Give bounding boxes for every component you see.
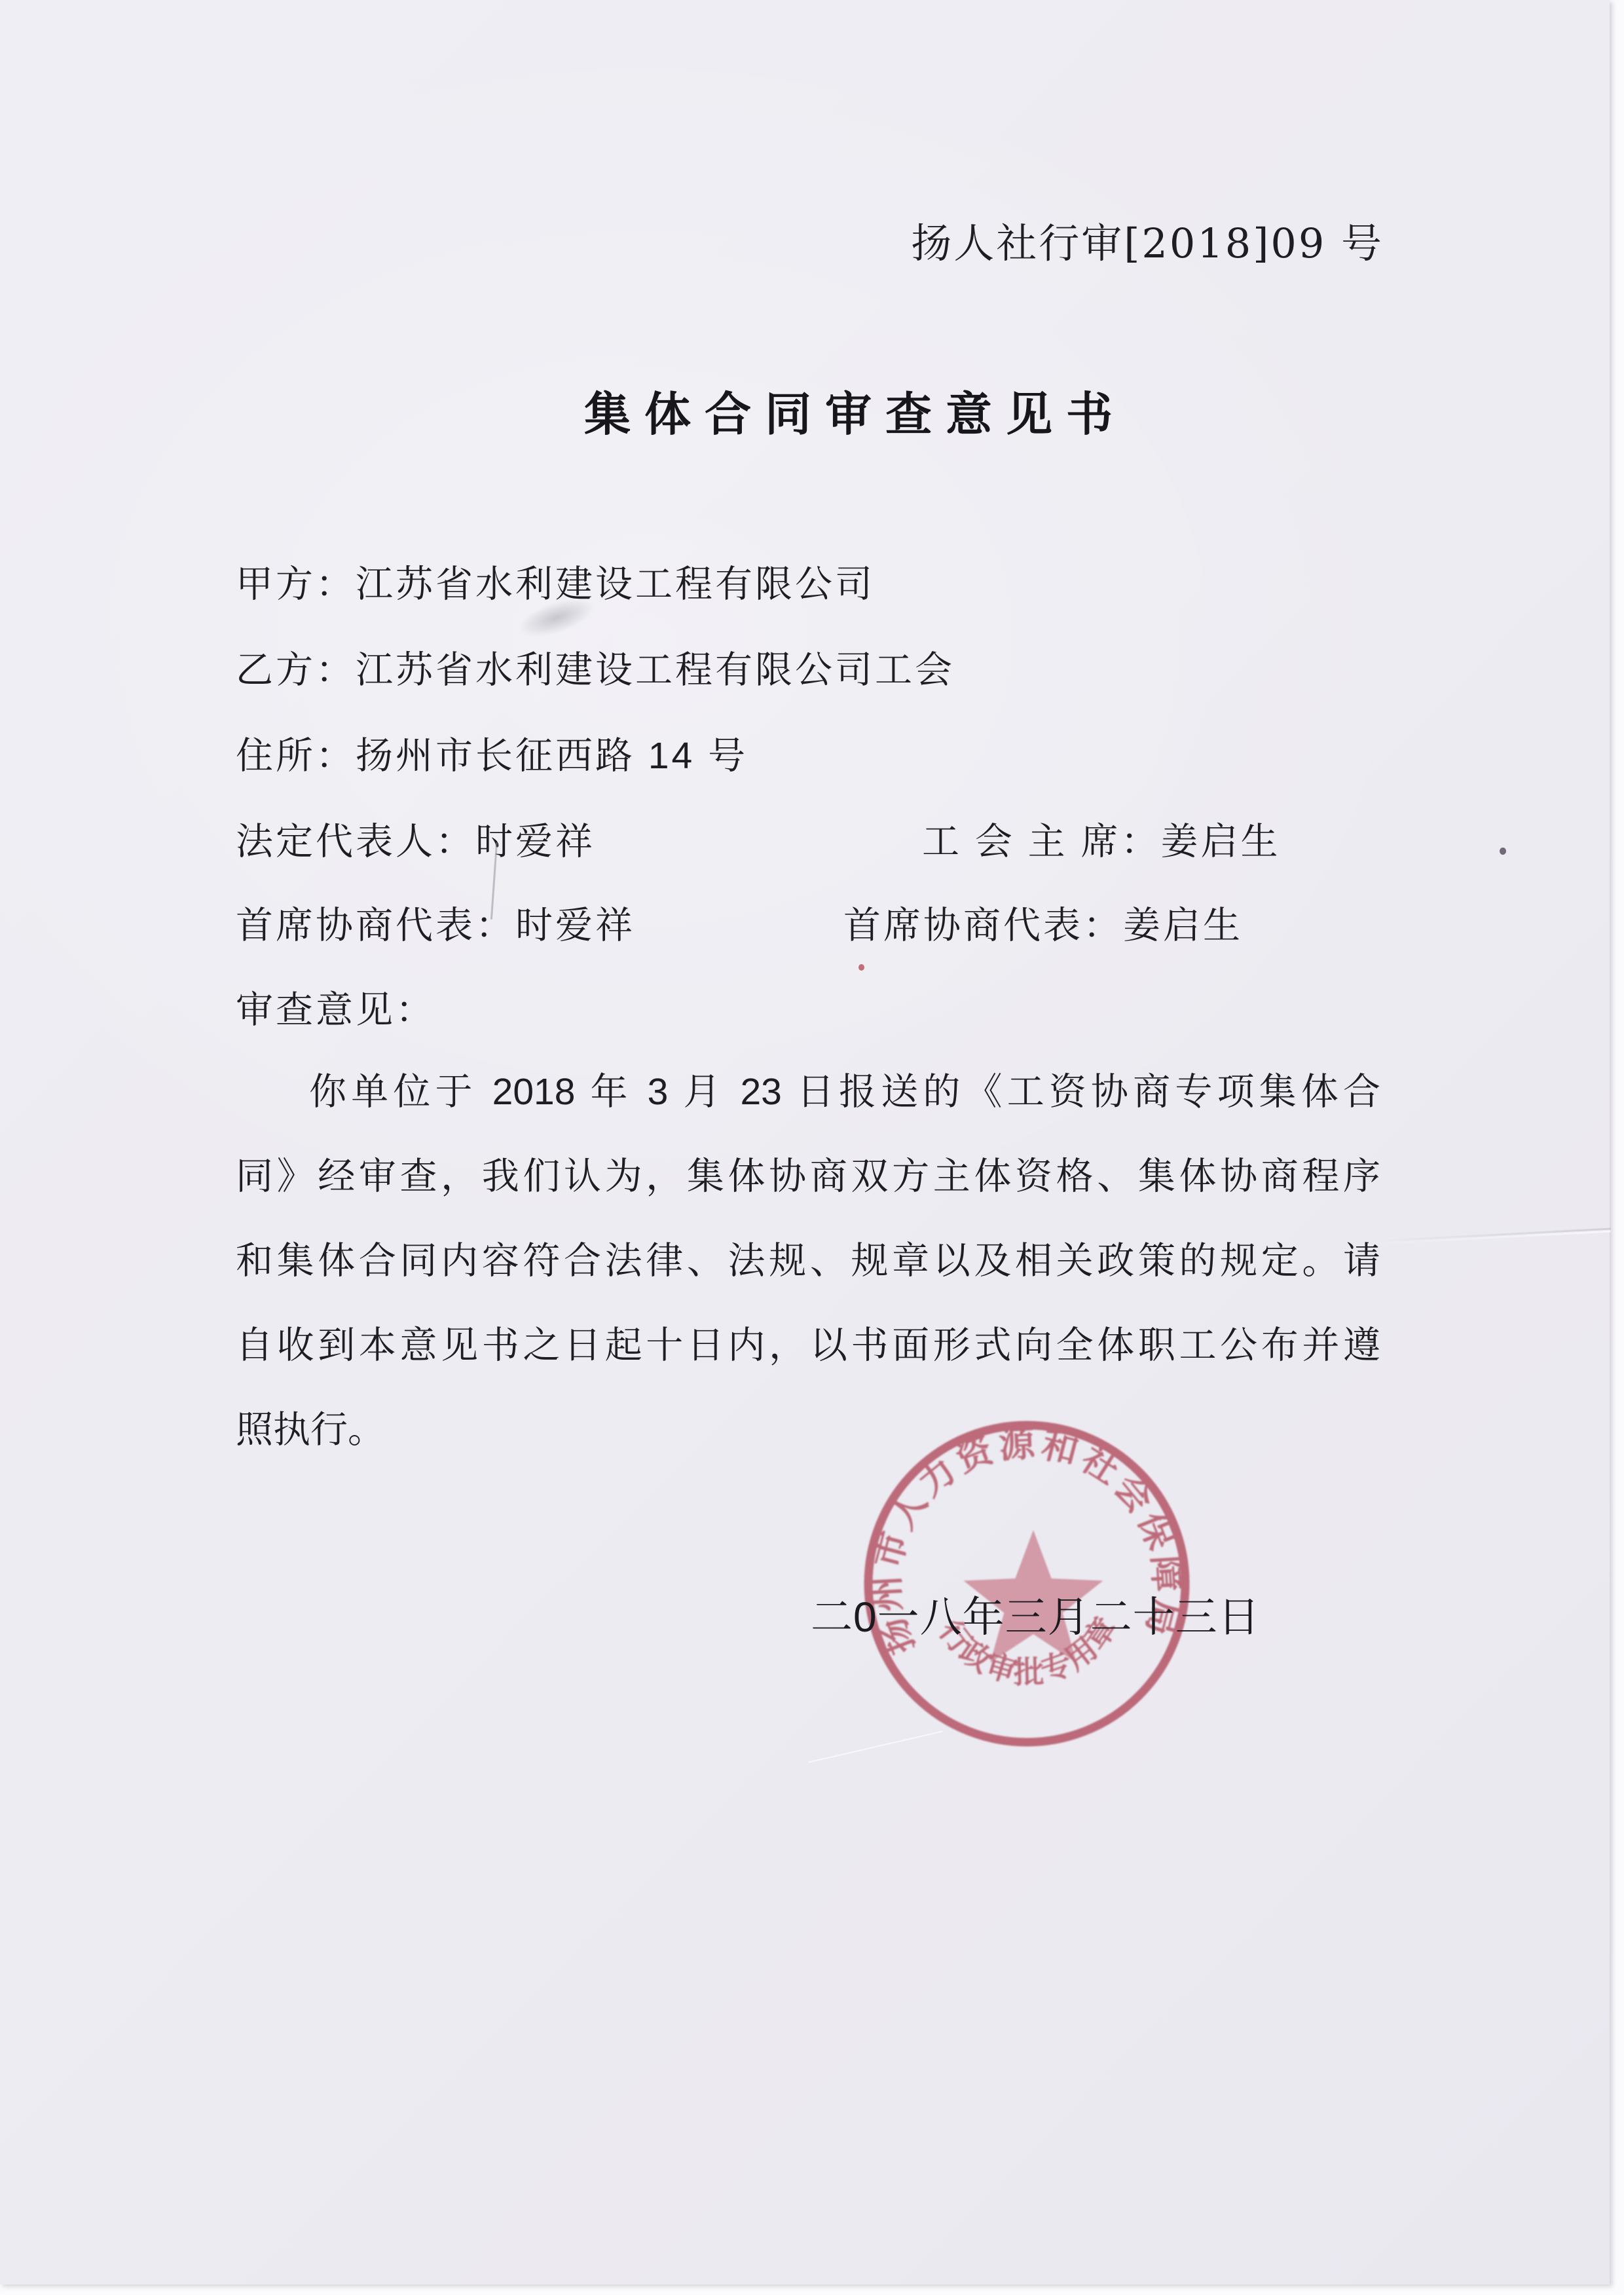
paper-crease-highlight: [1374, 1231, 1611, 1245]
paper-crease: [1374, 1228, 1611, 1242]
paragraph-line-5: 照执行。: [236, 1400, 1380, 1453]
paper-sheet: 扬人社行审[2018]09 号 集体合同审查意见书 甲方：江苏省水利建设工程有限…: [0, 0, 1610, 2285]
paragraph-line-3: 和集体合同内容符合法律、法规、规章以及相关政策的规定。请: [236, 1231, 1380, 1284]
page-title: 集体合同审查意见书: [584, 377, 1126, 444]
line-party-b: 乙方：江苏省水利建设工程有限公司工会: [236, 640, 955, 694]
scanned-page: 扬人社行审[2018]09 号 集体合同审查意见书 甲方：江苏省水利建设工程有限…: [0, 0, 1624, 2295]
paragraph-line-4: 自收到本意见书之日起十日内，以书面形式向全体职工公布并遵: [236, 1315, 1380, 1369]
line-chief-negotiator-b: 首席协商代表：姜启生: [843, 895, 1243, 949]
doc-number: 扬人社行审[2018]09 号: [911, 211, 1384, 269]
line-union-chairman: 工 会 主 席：姜启生: [922, 812, 1281, 865]
review-opinion-label: 审查意见：: [236, 980, 435, 1034]
paragraph-line-1: 你单位于 2018 年 3 月 23 日报送的《工资协商专项集体合: [236, 1062, 1380, 1115]
dust-speck: [1500, 848, 1506, 855]
line-party-a: 甲方：江苏省水利建设工程有限公司: [236, 554, 875, 608]
line-chief-negotiator-a: 首席协商代表：时爱祥: [236, 895, 635, 949]
line-legal-representative: 法定代表人：时爱祥: [236, 812, 595, 865]
red-ink-speck: [858, 964, 864, 971]
line-address: 住所：扬州市长征西路 14 号: [236, 726, 748, 779]
paragraph-line-2: 同》经审查，我们认为，集体协商双方主体资格、集体协商程序: [236, 1146, 1380, 1200]
issue-date: 二0一八年三月二十三日: [811, 1584, 1261, 1644]
